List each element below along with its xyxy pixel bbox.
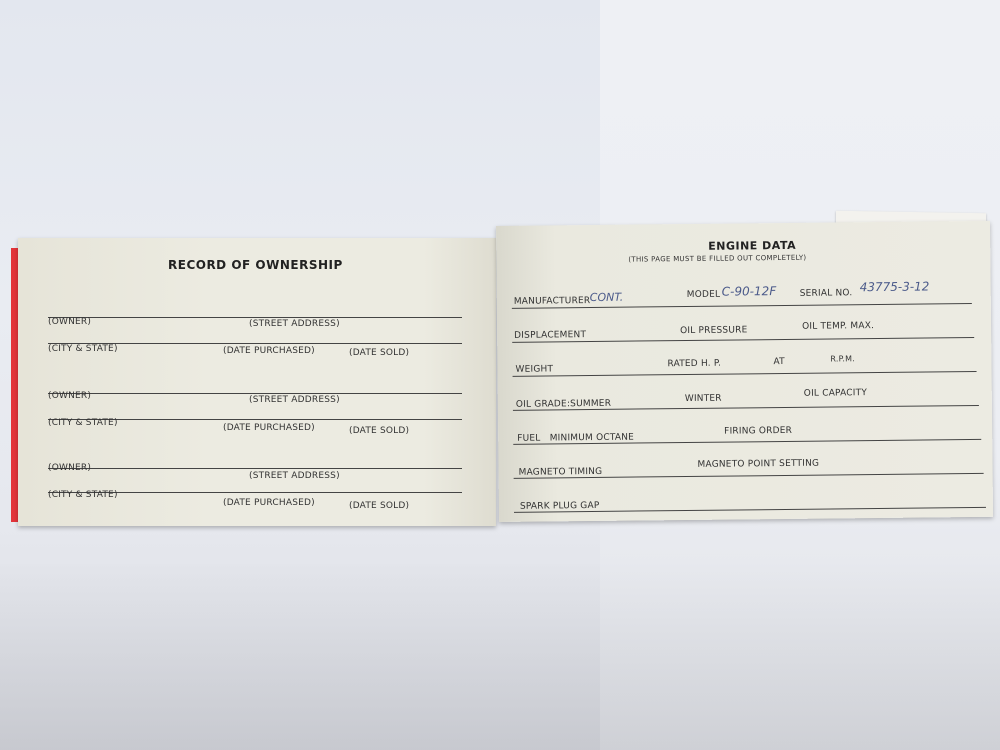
page-subtitle: (THIS PAGE MUST BE FILLED OUT COMPLETELY…: [628, 254, 806, 264]
city-state-label: (CITY & STATE): [48, 490, 118, 500]
model-label: MODEL: [687, 290, 721, 300]
date-purchased-label: (DATE PURCHASED): [223, 346, 315, 356]
background-shadow: [0, 560, 1000, 750]
model-value[interactable]: C-90-12F: [722, 284, 777, 299]
page-title: ENGINE DATA: [708, 239, 796, 253]
oil-pressure-label: OIL PRESSURE: [680, 325, 747, 336]
city-state-label: (CITY & STATE): [48, 344, 118, 354]
record-of-ownership-page: RECORD OF OWNERSHIP (OWNER) (STREET ADDR…: [18, 238, 496, 526]
owner-label: (OWNER): [48, 317, 91, 327]
weight-line[interactable]: [513, 371, 977, 377]
spark-plug-gap-label: SPARK PLUG GAP: [520, 501, 600, 512]
engine-data-page: ENGINE DATA (THIS PAGE MUST BE FILLED OU…: [496, 221, 993, 522]
date-purchased-label: (DATE PURCHASED): [223, 423, 315, 433]
owner-label: (OWNER): [48, 391, 91, 401]
street-address-label: (STREET ADDRESS): [249, 471, 340, 481]
street-address-label: (STREET ADDRESS): [249, 319, 340, 329]
displacement-label: DISPLACEMENT: [514, 330, 586, 341]
serial-no-label: SERIAL NO.: [800, 288, 853, 299]
oil-temp-max-label: OIL TEMP. MAX.: [802, 321, 874, 332]
owner-line[interactable]: [48, 468, 462, 469]
oil-capacity-label: OIL CAPACITY: [804, 388, 867, 399]
magneto-point-setting-label: MAGNETO POINT SETTING: [697, 459, 819, 470]
magneto-timing-label: MAGNETO TIMING: [519, 467, 603, 478]
owner-line[interactable]: [48, 317, 462, 318]
city-state-label: (CITY & STATE): [48, 418, 118, 428]
rated-hp-label: RATED H. P.: [667, 359, 721, 370]
fuel-min-octane-label: FUEL MINIMUM OCTANE: [517, 433, 634, 444]
owner-line[interactable]: [48, 393, 462, 394]
winter-label: WINTER: [685, 394, 722, 404]
date-sold-label: (DATE SOLD): [349, 501, 409, 511]
rpm-label: R.P.M.: [830, 354, 855, 363]
weight-label: WEIGHT: [515, 364, 553, 374]
serial-no-value[interactable]: 43775-3-12: [860, 279, 930, 294]
at-label: AT: [773, 357, 784, 367]
date-purchased-label: (DATE PURCHASED): [223, 498, 315, 508]
manufacturer-label: MANUFACTURER: [514, 296, 591, 307]
date-sold-label: (DATE SOLD): [349, 348, 409, 358]
firing-order-label: FIRING ORDER: [724, 426, 792, 437]
manufacturer-value[interactable]: CONT.: [590, 291, 624, 304]
oil-grade-summer-label: OIL GRADE:SUMMER: [516, 399, 611, 410]
page-title: RECORD OF OWNERSHIP: [168, 258, 343, 272]
owner-label: (OWNER): [48, 463, 91, 473]
street-address-label: (STREET ADDRESS): [249, 395, 340, 405]
date-sold-label: (DATE SOLD): [349, 426, 409, 436]
